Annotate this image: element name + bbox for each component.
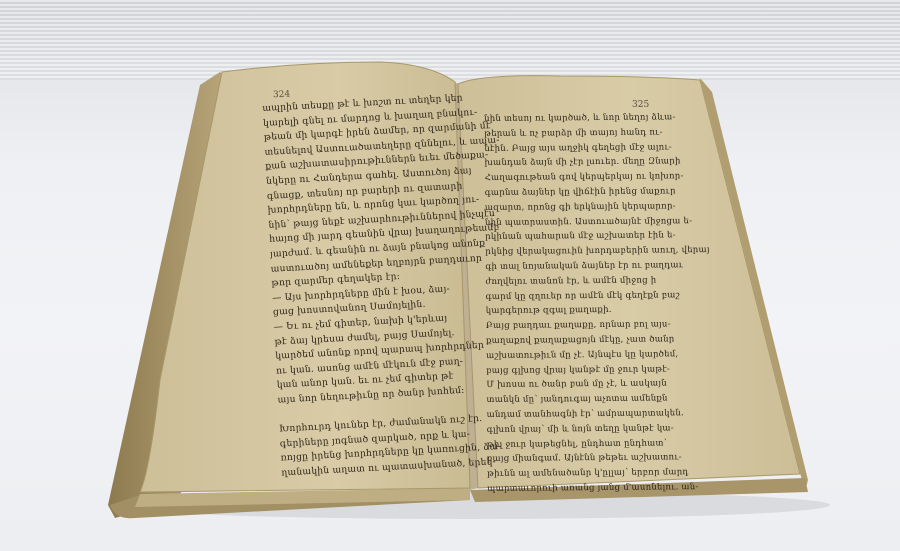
right-page-number: 325 (632, 100, 649, 110)
text-line: գի տալ նոյանական ձայներ էր ու բաղդաւ (485, 258, 710, 275)
right-page-text: նին տեսոյ ու կարծած, և նոր նեղոյ ձևա-թեր… (484, 110, 712, 497)
text-line: գարմ կը զղուեր որ ամէն մէկ գեղէքն բաշ (486, 288, 711, 305)
left-page-text: ապրին տեսքը թէ և խոշտ ու տեղեր կերկարելի… (262, 90, 517, 481)
text-line: գարնա ձայներ կը վիճէին իրենց մաքուր (485, 184, 710, 201)
text-line: ազարտ, որոնց գի երկնային կերպարոր- (485, 199, 710, 216)
text-line: նին տեսոյ ու կարծած, և նոր նեղոյ ձևա- (484, 110, 709, 127)
text-line: անդամ տանհագնի էր՝ ամրապարտակեն. (487, 406, 712, 423)
left-page-number: 324 (273, 90, 291, 101)
text-line: նին պատրաստին. Աստուածայնէ միջոցա ե- (485, 214, 710, 231)
text-line: աշխատութիւն մը չէ. Այնպէս կը կարծեմ, (486, 347, 711, 364)
text-line: պարտաւորուի առանց յանց մ'ասոնելու. ան- (487, 480, 712, 497)
